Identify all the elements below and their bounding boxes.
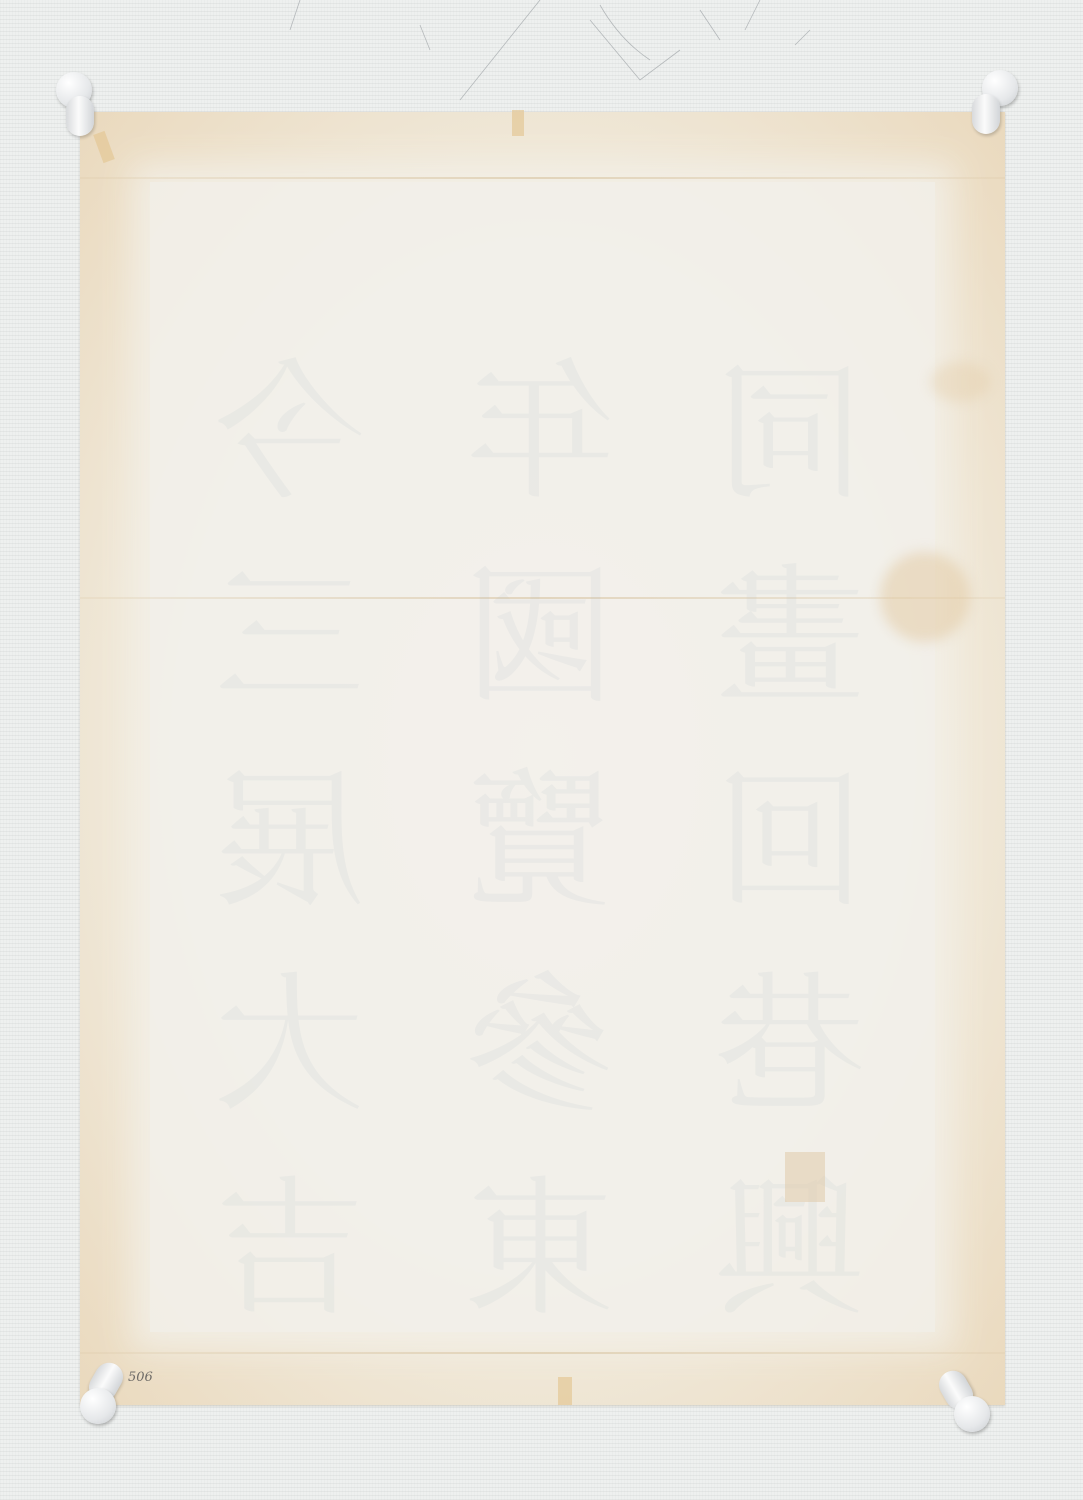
ghost-glyph: 覽 xyxy=(425,750,655,934)
ghost-glyph: 年 xyxy=(425,342,655,526)
ghost-glyph: 大 xyxy=(175,954,405,1138)
push-pin-top-right[interactable] xyxy=(968,70,1028,140)
tape-bottom xyxy=(558,1377,572,1405)
ghost-glyph: 國 xyxy=(425,546,655,730)
ghost-glyph: 回 xyxy=(675,750,905,934)
ghost-glyph: 東 xyxy=(425,1158,655,1342)
water-stain xyxy=(930,362,990,402)
wall-scratches xyxy=(0,0,1083,120)
pin-body xyxy=(972,94,1000,134)
ghost-glyph: 展 xyxy=(175,750,405,934)
ghost-glyph: 同 xyxy=(675,342,905,526)
ghost-glyph: 巷 xyxy=(675,954,905,1138)
water-stain xyxy=(880,552,970,642)
ghost-glyph: 吉 xyxy=(175,1158,405,1342)
tape-top xyxy=(512,110,524,136)
pin-head xyxy=(80,1388,116,1424)
ghost-glyph: 三 xyxy=(175,546,405,730)
pin-body xyxy=(66,96,94,136)
ghost-glyph: 參 xyxy=(425,954,655,1138)
poster-back-sheet: 今 年 同 三 國 畫 展 覽 回 大 參 巷 吉 東 興 xyxy=(80,112,1005,1405)
push-pin-top-left[interactable] xyxy=(52,72,112,142)
bottom-fold-line xyxy=(80,1352,1005,1354)
pin-head xyxy=(954,1396,990,1432)
push-pin-bottom-left[interactable] xyxy=(76,1360,136,1430)
push-pin-bottom-right[interactable] xyxy=(936,1370,996,1440)
top-fold-line xyxy=(80,177,1005,179)
ghost-glyph: 畫 xyxy=(675,546,905,730)
seal-stain xyxy=(785,1152,825,1202)
ghost-glyph: 今 xyxy=(175,342,405,526)
